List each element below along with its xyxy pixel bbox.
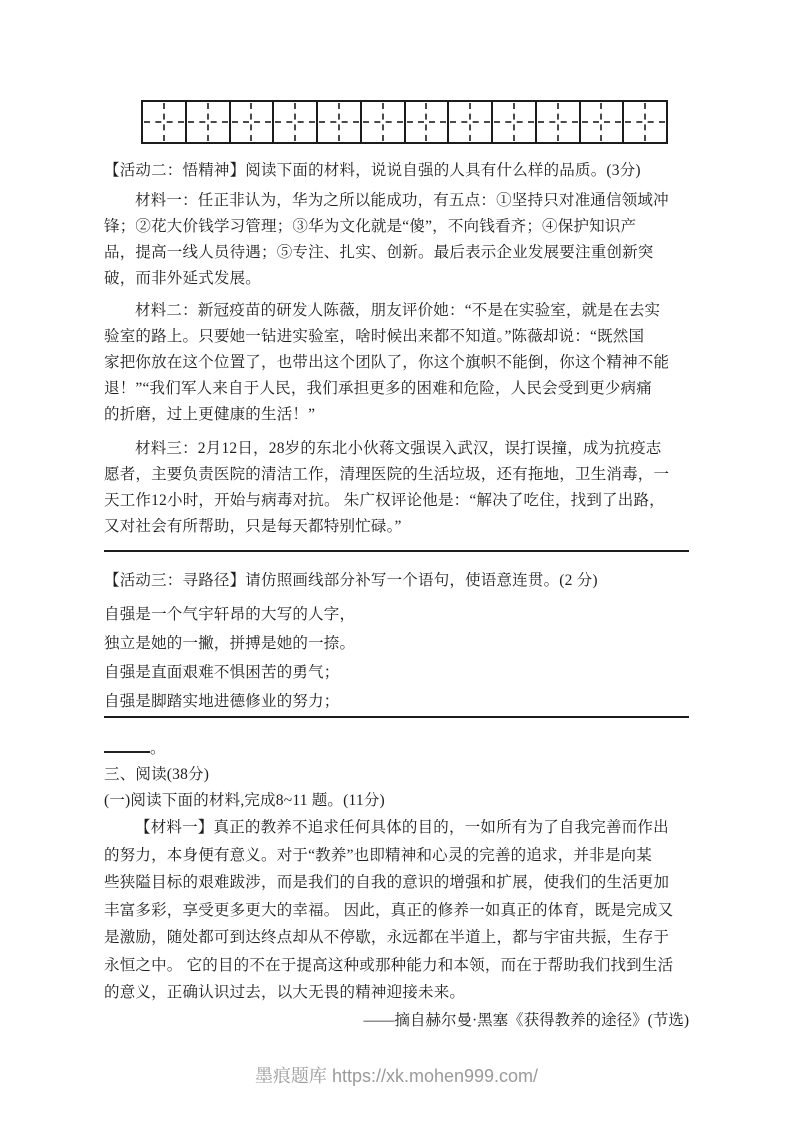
text-line: 材料一：任正非认为，华为之所以能成功，有五点：①坚持只对准通信领域冲 [104, 188, 689, 214]
poem-line: 独立是她的一撇，拼搏是她的一捺。 [104, 629, 689, 658]
answer-blank-line: 。 [104, 736, 689, 762]
activity2-material2: 材料二：新冠疫苗的研发人陈薇，朋友评价她：“不是在实验室，就是在去实 验室的路上… [104, 298, 689, 428]
writing-grid-cell [579, 102, 623, 142]
section-divider [104, 716, 689, 718]
writing-grid-cell [272, 102, 316, 142]
text-line: 些狭隘目标的艰难跋涉，而是我们的自我的意识的增强和扩展，使我们的生活更加 [104, 869, 689, 897]
reading-subsection-title: (一)阅读下面的材料,完成8~11 题。(11分) [104, 788, 689, 814]
text-line: 的努力，本身便有意义。对于“教养”也即精神和心灵的完善的追求，并非是向某 [104, 842, 689, 870]
reading-material1: 【材料一】真正的教养不追求任何具体的目的，一如所有为了自我完善而作出 的努力，本… [104, 814, 689, 1007]
text-line: 材料二：新冠疫苗的研发人陈薇，朋友评价她：“不是在实验室，就是在去实 [104, 298, 689, 324]
writing-grid-cell [316, 102, 360, 142]
writing-grid-cell [535, 102, 579, 142]
site-name: 墨痕题库 [255, 1066, 327, 1086]
section-divider [104, 550, 689, 552]
text-line: 丰富多彩，享受更多更大的幸福。 因此，真正的修养一如真正的体育，既是完成又 [104, 897, 689, 925]
source-attribution: ——摘自赫尔曼·黑塞《获得教养的途径》(节选) [104, 1007, 689, 1034]
writing-grid-cell [447, 102, 491, 142]
text-line: 的意义，正确认识过去，以大无畏的精神迎接未来。 [104, 979, 689, 1007]
writing-grid-cell [491, 102, 535, 142]
text-line: 又对社会有所帮助，只是每天都特别忙碌。” [104, 514, 689, 540]
exam-paper-page: 【活动二：悟精神】阅读下面的材料，说说自强的人具有什么样的品质。(3分) 材料一… [0, 0, 793, 1121]
text-line: 材料三：2月12日，28岁的东北小伙蒋文强误入武汉，误打误撞，成为抗疫志 [104, 436, 689, 462]
exam-content: 【活动二：悟精神】阅读下面的材料，说说自强的人具有什么样的品质。(3分) 材料一… [104, 158, 689, 1034]
answer-blank-underline [104, 737, 150, 753]
text-line: 天工作12小时，开始与病毒对抗。 朱广权评论他是：“解决了吃住，找到了出路， [104, 488, 689, 514]
text-line: 是激励，随处都可到达终点却从不停歇，永远都在半道上，都与宇宙共振，生存于 [104, 924, 689, 952]
activity2-material3: 材料三：2月12日，28岁的东北小伙蒋文强误入武汉，误打误撞，成为抗疫志 愿者，… [104, 436, 689, 540]
text-line: 破，而非外延式发展。 [104, 266, 689, 292]
text-line: 品，提高一线人员待遇；⑤专注、扎实、创新。最后表示企业发展要注重创新突 [104, 240, 689, 266]
poem-line: 自强是脚踏实地进德修业的努力； [104, 687, 689, 716]
text-line: 的折磨，过上更健康的生活！” [104, 402, 689, 428]
poem-line: 自强是一个气宇轩昂的大写的人字， [104, 600, 689, 629]
writing-grid [141, 100, 668, 144]
activity2-material1: 材料一：任正非认为，华为之所以能成功，有五点：①坚持只对准通信领域冲 锋；②花大… [104, 188, 689, 292]
writing-grid-cell [360, 102, 404, 142]
site-watermark: 墨痕题库 https://xk.mohen999.com/ [0, 1064, 793, 1088]
writing-grid-cell [229, 102, 273, 142]
site-url-link[interactable]: https://xk.mohen999.com/ [332, 1066, 538, 1086]
writing-grid-cell [622, 102, 666, 142]
text-line: 锋；②花大价钱学习管理；③华为文化就是“傻”，不向钱看齐；④保护知识产 [104, 214, 689, 240]
reading-section-title: 三、阅读(38分) [104, 762, 689, 788]
writing-grid-cell [185, 102, 229, 142]
text-line: 永恒之中。 它的目的不在于提高这种或那种能力和本领，而在于帮助我们找到生活 [104, 952, 689, 980]
blank-punct: 。 [150, 740, 166, 757]
poem-line: 自强是直面艰难不惧困苦的勇气； [104, 658, 689, 687]
text-line: 退！”“我们军人来自于人民，我们承担更多的困难和危险，人民会受到更少病痛 [104, 376, 689, 402]
activity2-title: 【活动二：悟精神】阅读下面的材料，说说自强的人具有什么样的品质。(3分) [104, 158, 689, 184]
activity3-poem: 自强是一个气宇轩昂的大写的人字， 独立是她的一撇，拼搏是她的一捺。 自强是直面艰… [104, 600, 689, 716]
text-line: 【材料一】真正的教养不追求任何具体的目的，一如所有为了自我完善而作出 [104, 814, 689, 842]
activity3-title: 【活动三：寻路径】请仿照画线部分补写一个语句，使语意连贯。(2 分) [104, 568, 689, 594]
text-line: 验室的路上。只要她一钻进实验室，啥时候出来都不知道。”陈薇却说：“既然国 [104, 324, 689, 350]
writing-grid-cell [404, 102, 448, 142]
text-line: 家把你放在这个位置了，也带出这个团队了，你这个旗帜不能倒，你这个精神不能 [104, 350, 689, 376]
text-line: 愿者，主要负责医院的清洁工作，清理医院的生活垃圾，还有拖地，卫生消毒，一 [104, 462, 689, 488]
writing-grid-cell [143, 102, 185, 142]
